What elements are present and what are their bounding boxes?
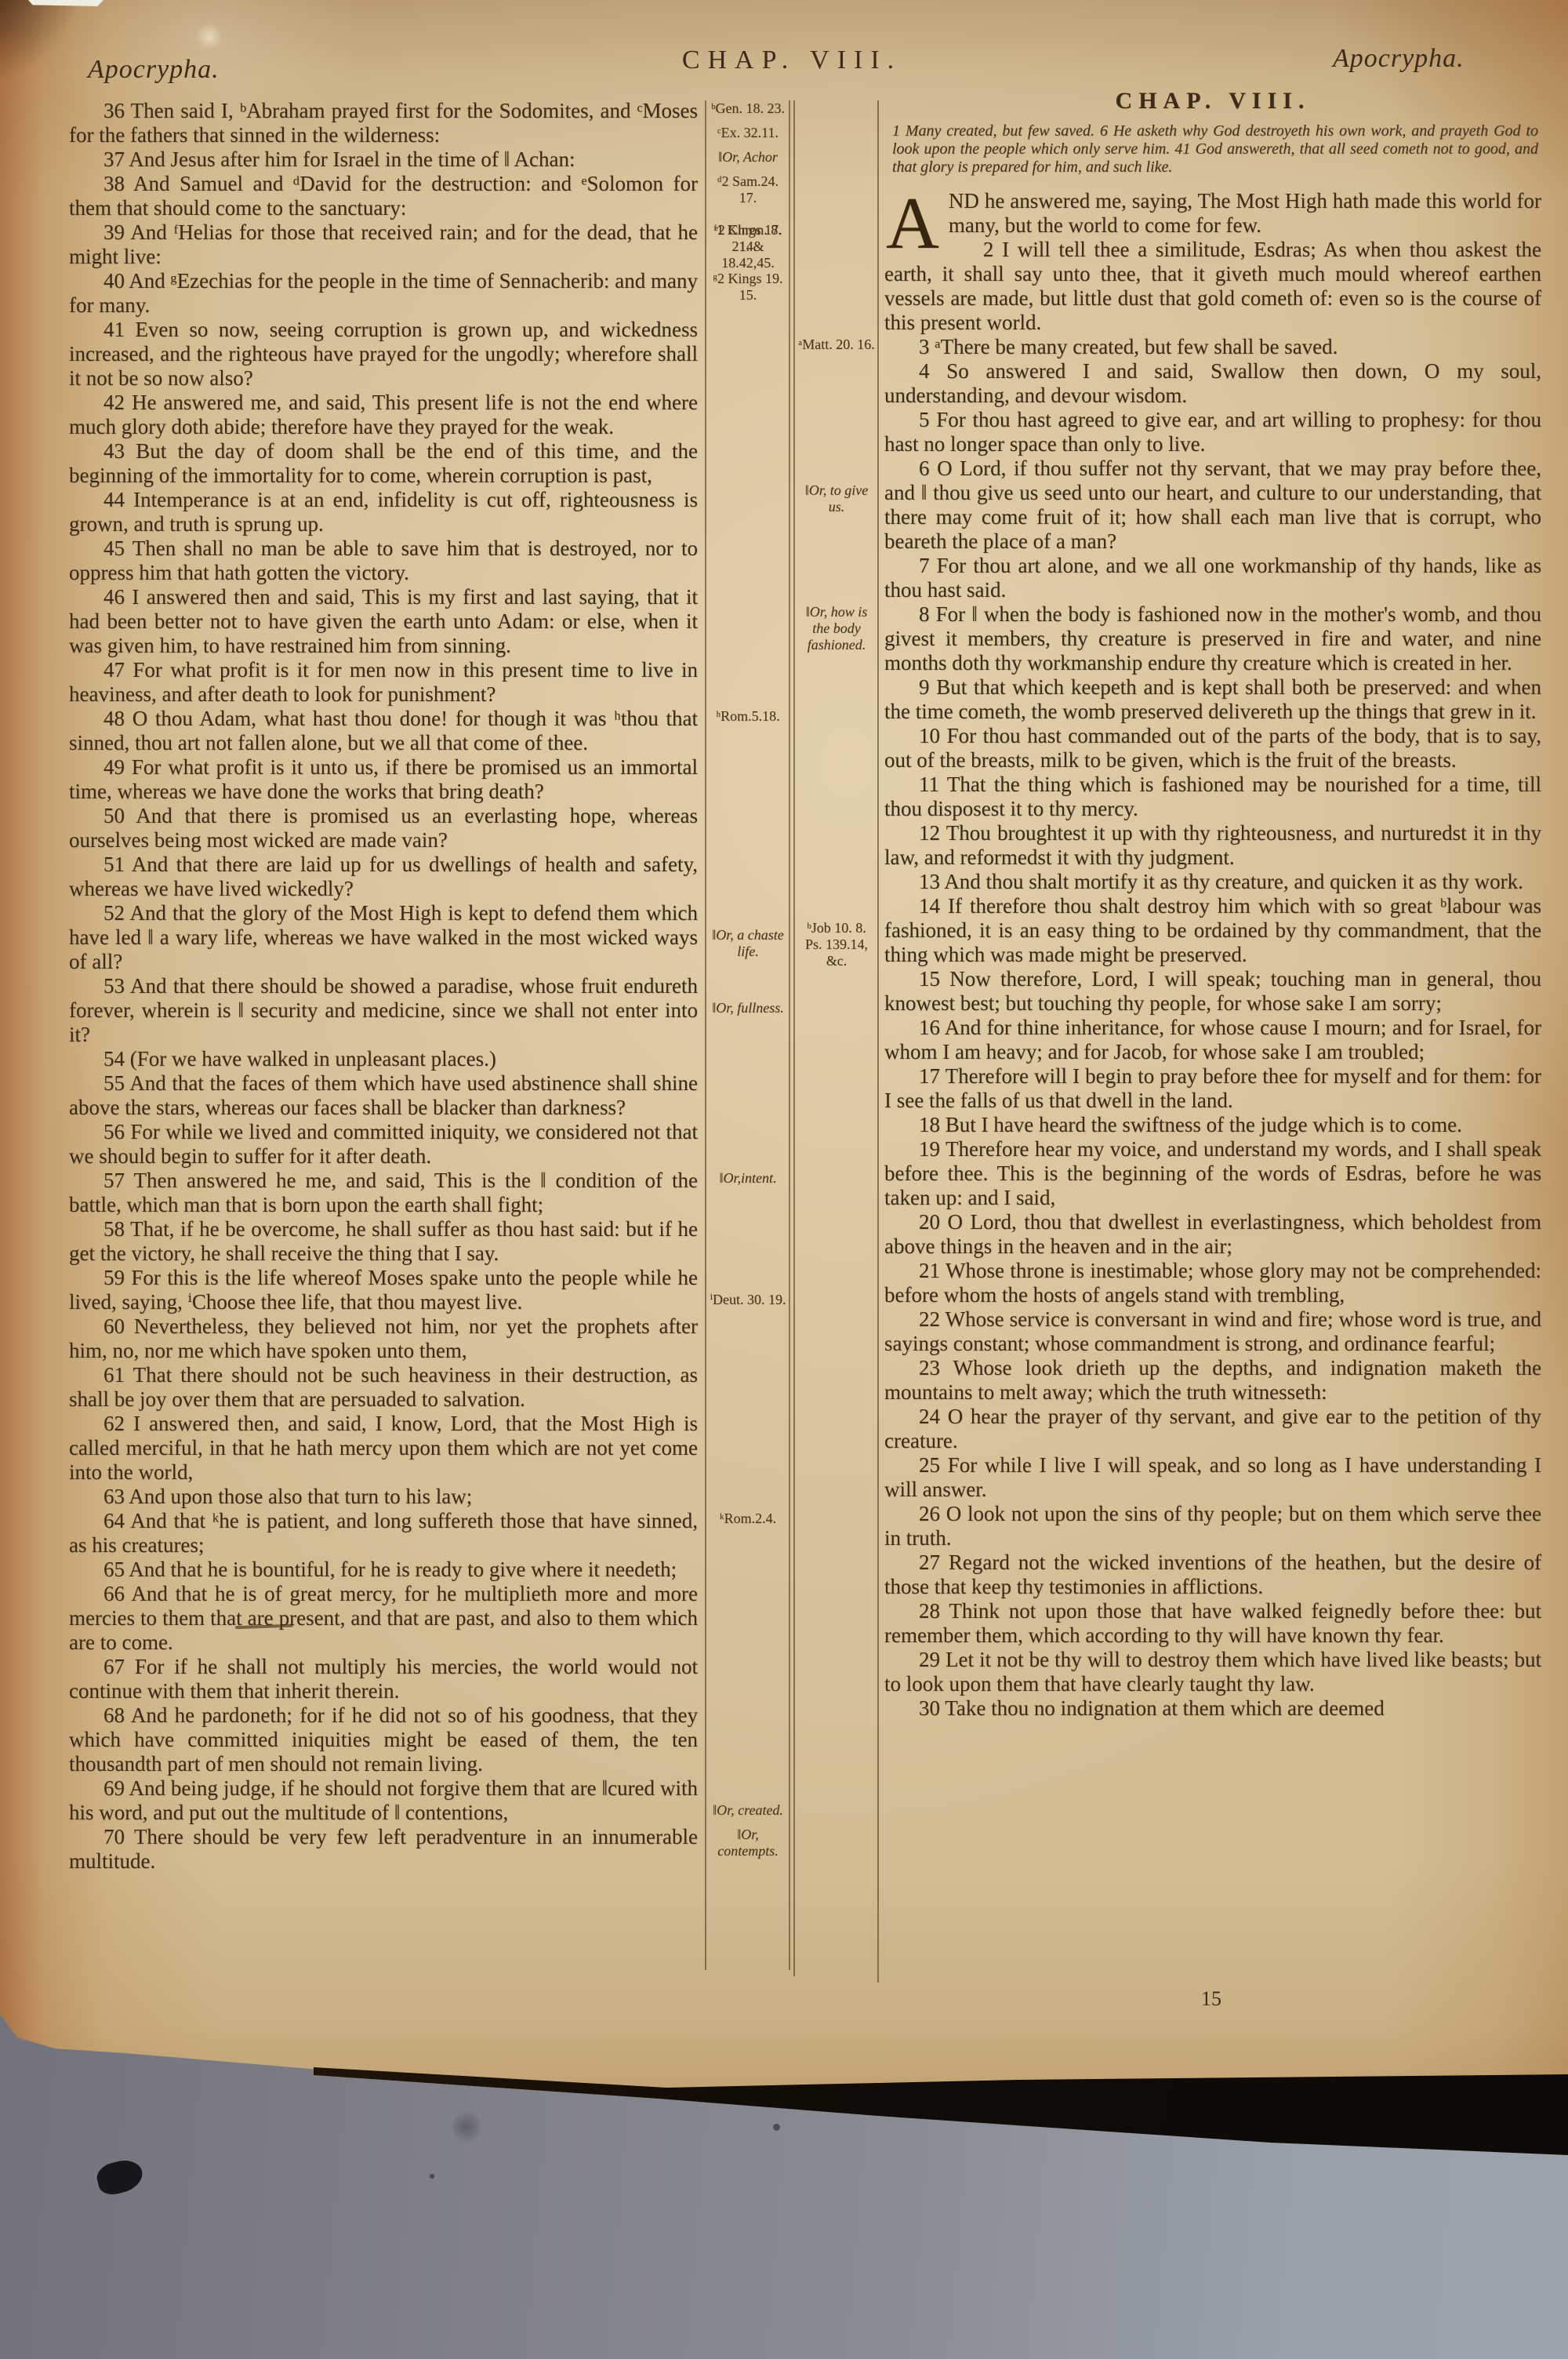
verse-56: 56 For while we lived and committed iniq… xyxy=(69,1120,698,1169)
margin-note: ‖Or, a chaste life. xyxy=(709,927,787,960)
verse-67: 67 For if he shall not multiply his merc… xyxy=(69,1655,698,1703)
verse-number: 23 xyxy=(919,1356,953,1379)
verse-70: 70 There should be very few left peradve… xyxy=(69,1825,698,1874)
verse-54: 54 (For we have walked in unpleasant pla… xyxy=(69,1047,698,1071)
verse-9: 9 But that which keepeth and is kept sha… xyxy=(884,675,1541,724)
verse-30: 30 Take thou no indignation at them whic… xyxy=(884,1696,1541,1721)
margin-note: ᵏRom.2.4. xyxy=(709,1510,787,1527)
verse-number: 50 xyxy=(103,804,136,827)
verse-59: 59 For this is the life whereof Moses sp… xyxy=(69,1266,698,1314)
left-text-column: 36 Then said I, ᵇAbraham prayed first fo… xyxy=(69,99,698,1874)
verse-number: 10 xyxy=(919,724,947,747)
verse-number: 51 xyxy=(103,852,132,876)
table-speck xyxy=(430,2174,434,2179)
margin-note: ‖Or, created. xyxy=(709,1802,787,1819)
verse-8: 8 For ‖ when the body is fashioned now i… xyxy=(884,602,1541,675)
verse-38: 38 And Samuel and ᵈDavid for the destruc… xyxy=(69,172,698,220)
verse-62: 62 I answered then, and said, I know, Lo… xyxy=(69,1412,698,1485)
verse-number: 16 xyxy=(919,1016,945,1039)
verse-number: 45 xyxy=(103,536,132,560)
verse-28: 28 Think not upon those that have walked… xyxy=(884,1599,1541,1648)
margin-note: ᵉ2 Chron. 8. 14. xyxy=(709,222,787,255)
verse-number: 68 xyxy=(103,1703,131,1727)
verse-4: 4 So answered I and said, Swallow then d… xyxy=(884,359,1541,408)
verse-number: 54 xyxy=(103,1047,130,1070)
book-page: Apocrypha. CHAP. VIII. Apocrypha. 36 The… xyxy=(0,0,1568,2117)
margin-note: ᵇGen. 18. 23. xyxy=(709,100,787,117)
margin-note: ᵍ2 Kings 19. 15. xyxy=(709,271,787,304)
verse-2: 2 I will tell thee a similitude, Esdras;… xyxy=(884,238,1541,335)
verse-number: 58 xyxy=(103,1217,130,1241)
verse-22: 22 Whose service is conversant in wind a… xyxy=(884,1307,1541,1356)
margin-note: ᵇJob 10. 8. Ps. 139.14, &c. xyxy=(797,920,876,969)
verse-12: 12 Thou broughtest it up with thy righte… xyxy=(884,821,1541,870)
verse-19: 19 Therefore hear my voice, and understa… xyxy=(884,1137,1541,1210)
verse-number: 38 xyxy=(103,172,133,195)
verse-number: 55 xyxy=(103,1071,129,1095)
verse-16: 16 And for thine inheritance, for whose … xyxy=(884,1016,1541,1064)
column-rule-center-2 xyxy=(793,100,795,1976)
verse-number: 52 xyxy=(103,901,129,925)
margin-note: ‖Or, how is the body fashioned. xyxy=(797,604,876,653)
verse-61: 61 That there should not be such heavine… xyxy=(69,1363,698,1412)
verse-6: 6 O Lord, if thou suffer not thy servant… xyxy=(884,456,1541,554)
verse-18: 18 But I have heard the swiftness of the… xyxy=(884,1113,1541,1137)
verse-17: 17 Therefore will I begin to pray before… xyxy=(884,1064,1541,1113)
verse-number: 56 xyxy=(103,1120,130,1143)
verse-number: 19 xyxy=(919,1137,946,1161)
column-rule-right xyxy=(877,100,879,1983)
column-rule-center-1 xyxy=(789,100,790,1970)
verse-number: 57 xyxy=(103,1169,134,1192)
verse-29: 29 Let it not be thy will to destroy the… xyxy=(884,1648,1541,1696)
verse-11: 11 That the thing which is fashioned may… xyxy=(884,772,1541,821)
verse-57: 57 Then answered he me, and said, This i… xyxy=(69,1169,698,1217)
running-head-right: Apocrypha. xyxy=(1333,44,1465,74)
verse-37: 37 And Jesus after him for Israel in the… xyxy=(69,147,698,172)
verse-number: 29 xyxy=(919,1648,946,1671)
verse-number: 27 xyxy=(919,1550,949,1574)
paper-light-spot xyxy=(196,24,223,50)
verse-68: 68 And he pardoneth; for if he did not s… xyxy=(69,1703,698,1776)
verse-number: 53 xyxy=(103,974,130,998)
margin-note: ‖Or,intent. xyxy=(709,1170,787,1187)
verse-25: 25 For while I live I will speak, and so… xyxy=(884,1453,1541,1502)
verse-number: 11 xyxy=(919,772,947,796)
verse-number: 8 xyxy=(919,602,936,626)
running-head-center: CHAP. VIII. xyxy=(635,45,949,75)
verse-number: 47 xyxy=(103,658,132,682)
verse-52: 52 And that the glory of the Most High i… xyxy=(69,901,698,974)
verse-number: 5 xyxy=(919,408,936,431)
verse-66: 66 And that he is of great mercy, for he… xyxy=(69,1582,698,1655)
margin-note: ᵈ2 Sam.24. 17. xyxy=(709,173,787,206)
verse-42: 42 He answered me, and said, This presen… xyxy=(69,391,698,439)
verse-number: 43 xyxy=(103,439,136,463)
verse-number: 41 xyxy=(103,318,135,341)
verse-number: 62 xyxy=(103,1412,133,1435)
verse-number: 22 xyxy=(919,1307,946,1331)
verse-number: 42 xyxy=(103,391,132,414)
margin-note: ‖Or, to give us. xyxy=(797,482,876,515)
verse-36: 36 Then said I, ᵇAbraham prayed first fo… xyxy=(69,99,698,147)
verse-10: 10 For thou hast commanded out of the pa… xyxy=(884,724,1541,772)
verse-40: 40 And ᵍEzechias for the people in the t… xyxy=(69,269,698,318)
verse-65: 65 And that he is bountiful, for he is r… xyxy=(69,1558,698,1582)
page-number: 15 xyxy=(1172,1987,1250,2011)
verse-number: 70 xyxy=(103,1825,134,1848)
verse-number: 36 xyxy=(103,99,131,122)
verse-number: 44 xyxy=(103,488,133,511)
verse-13: 13 And thou shalt mortify it as thy crea… xyxy=(884,870,1541,894)
verse-60: 60 Nevertheless, they believed not him, … xyxy=(69,1314,698,1363)
verse-number: 3 xyxy=(919,335,935,358)
verse-number: 18 xyxy=(919,1113,946,1136)
verse-number: 48 xyxy=(103,707,132,730)
verse-27: 27 Regard not the wicked inventions of t… xyxy=(884,1550,1541,1599)
verse-51: 51 And that there are laid up for us dwe… xyxy=(69,852,698,901)
verse-number: 40 xyxy=(103,269,129,293)
verse-number: 7 xyxy=(919,554,937,577)
verse-number: 24 xyxy=(919,1405,948,1428)
verse-number: 26 xyxy=(919,1502,946,1525)
verse-number: 4 xyxy=(919,359,946,383)
margin-note: ⁱDeut. 30. 19. xyxy=(709,1292,787,1308)
verse-number: 28 xyxy=(919,1599,949,1623)
margin-note: ‖Or, Achor xyxy=(709,149,787,165)
verse-number: 6 xyxy=(919,456,937,480)
verse-39: 39 And ᶠHelias for those that received r… xyxy=(69,220,698,269)
verse-46: 46 I answered then and said, This is my … xyxy=(69,585,698,658)
verse-number: 21 xyxy=(919,1259,946,1282)
verse-3: 3 ᵃThere be many created, but few shall … xyxy=(884,335,1541,359)
margin-note: ᶠ1 Kings 17. 21. & 18.42,45. xyxy=(709,222,787,271)
verse-49: 49 For what profit is it unto us, if the… xyxy=(69,755,698,804)
verse-number: 15 xyxy=(919,967,949,990)
table-debris-blob xyxy=(94,2157,146,2198)
verse-number: 61 xyxy=(103,1363,133,1387)
verse-number: 59 xyxy=(103,1266,131,1289)
verse-number: 30 xyxy=(919,1696,945,1720)
verse-21: 21 Whose throne is inestimable; whose gl… xyxy=(884,1259,1541,1307)
verse-number: 2 xyxy=(983,238,1002,261)
verse-5: 5 For thou hast agreed to give ear, and … xyxy=(884,408,1541,456)
verse-20: 20 O Lord, thou that dwellest in everlas… xyxy=(884,1210,1541,1259)
verse-44: 44 Intemperance is at an end, infidelity… xyxy=(69,488,698,536)
verse-63: 63 And upon those also that turn to his … xyxy=(69,1485,698,1509)
verse-number: 25 xyxy=(919,1453,948,1477)
verse-number: 46 xyxy=(103,585,132,609)
verse-number: 65 xyxy=(103,1558,129,1581)
verse-41: 41 Even so now, seeing corruption is gro… xyxy=(69,318,698,391)
verse-number: 14 xyxy=(919,894,948,918)
verse-14: 14 If therefore thou shalt destroy him w… xyxy=(884,894,1541,967)
verse-64: 64 And that ᵏhe is patient, and long suf… xyxy=(69,1509,698,1558)
verse-58: 58 That, if he be overcome, he shall suf… xyxy=(69,1217,698,1266)
right-verses: AND he answered me, saying, The Most Hig… xyxy=(884,189,1541,1721)
verse-15: 15 Now therefore, Lord, I will speak; to… xyxy=(884,967,1541,1016)
verse-7: 7 For thou art alone, and we all one wor… xyxy=(884,554,1541,602)
verse-number: 66 xyxy=(103,1582,131,1605)
verse-number: 13 xyxy=(919,870,944,893)
verse-number: 64 xyxy=(103,1509,130,1532)
verse-number: 20 xyxy=(919,1210,948,1234)
verse-number: 49 xyxy=(103,755,132,779)
verse-number: 69 xyxy=(103,1776,129,1800)
verse-55: 55 And that the faces of them which have… xyxy=(69,1071,698,1120)
verse-23: 23 Whose look drieth up the depths, and … xyxy=(884,1356,1541,1405)
verse-number: 17 xyxy=(919,1064,946,1088)
chapter-summary: 1 Many created, but few saved. 6 He aske… xyxy=(884,122,1541,176)
verse-43: 43 But the day of doom shall be the end … xyxy=(69,439,698,488)
column-rule-left xyxy=(705,100,706,1970)
verse-45: 45 Then shall no man be able to save him… xyxy=(69,536,698,585)
margin-note: ᶜEx. 32.11. xyxy=(709,125,787,141)
verse-1: AND he answered me, saying, The Most Hig… xyxy=(884,189,1541,238)
verse-69: 69 And being judge, if he should not for… xyxy=(69,1776,698,1825)
margin-notes-right: ᵃMatt. 20. 16.‖Or, to give us.‖Or, how i… xyxy=(797,0,876,2359)
verse-number: 37 xyxy=(103,147,129,171)
margin-note: ‖Or, fullness. xyxy=(709,1000,787,1016)
drop-cap: A xyxy=(884,189,949,255)
running-head-left: Apocrypha. xyxy=(88,55,220,85)
right-text-column: CHAP. VIII. 1 Many created, but few save… xyxy=(884,88,1541,1721)
table-smudge xyxy=(453,2106,480,2147)
scanned-bible-page: { "colors":{"paper":"#d2bd93","ink":"#3c… xyxy=(0,0,1568,2359)
table-speck xyxy=(773,2124,780,2131)
verse-number: 9 xyxy=(919,675,936,699)
verse-number: 12 xyxy=(919,821,946,845)
verse-53: 53 And that there should be showed a par… xyxy=(69,974,698,1047)
margin-notes-left: ᵇGen. 18. 23.ᶜEx. 32.11.‖Or, Achorᵈ2 Sam… xyxy=(709,0,787,2359)
margin-note: ᵃMatt. 20. 16. xyxy=(797,336,876,353)
verse-26: 26 O look not upon the sins of thy peopl… xyxy=(884,1502,1541,1550)
verse-50: 50 And that there is promised us an ever… xyxy=(69,804,698,852)
verse-number: 63 xyxy=(103,1485,129,1508)
margin-note: ʰRom.5.18. xyxy=(709,708,787,725)
verse-number: 39 xyxy=(103,220,130,244)
chapter-heading: CHAP. VIII. xyxy=(884,88,1541,114)
verse-number: 60 xyxy=(103,1314,134,1338)
verse-number: 67 xyxy=(103,1655,135,1678)
margin-note: ‖Or, contempts. xyxy=(709,1826,787,1859)
verse-47: 47 For what profit is it for men now in … xyxy=(69,658,698,707)
verse-24: 24 O hear the prayer of thy servant, and… xyxy=(884,1405,1541,1453)
verse-48: 48 O thou Adam, what hast thou done! for… xyxy=(69,707,698,755)
